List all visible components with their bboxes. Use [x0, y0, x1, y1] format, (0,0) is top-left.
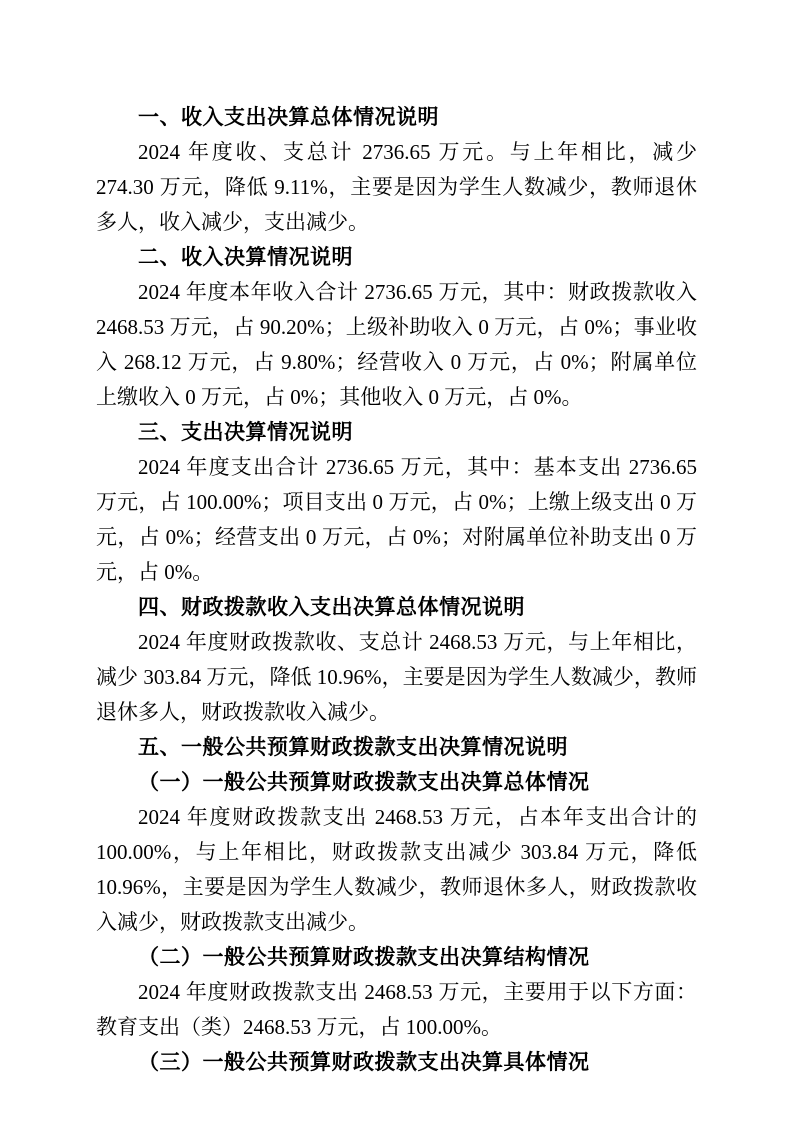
subsection-5-1-paragraph: 2024 年度财政拨款支出 2468.53 万元，占本年支出合计的 100.00…: [96, 800, 697, 940]
subsection-5-2-paragraph: 2024 年度财政拨款支出 2468.53 万元，主要用于以下方面：教育支出（类…: [96, 975, 697, 1045]
document-page: 一、收入支出决算总体情况说明 2024 年度收、支总计 2736.65 万元。与…: [0, 0, 793, 1122]
subsection-5-2-heading: （二）一般公共预算财政拨款支出决算结构情况: [96, 940, 697, 975]
subsection-5-3-heading: （三）一般公共预算财政拨款支出决算具体情况: [96, 1045, 697, 1080]
section-2-paragraph: 2024 年度本年收入合计 2736.65 万元，其中：财政拨款收入 2468.…: [96, 275, 697, 415]
section-1-heading: 一、收入支出决算总体情况说明: [96, 100, 697, 135]
subsection-5-1-heading: （一）一般公共预算财政拨款支出决算总体情况: [96, 765, 697, 800]
section-3-paragraph: 2024 年度支出合计 2736.65 万元，其中：基本支出 2736.65 万…: [96, 450, 697, 590]
section-2-heading: 二、收入决算情况说明: [96, 240, 697, 275]
section-4-paragraph: 2024 年度财政拨款收、支总计 2468.53 万元，与上年相比，减少 303…: [96, 625, 697, 730]
section-4-heading: 四、财政拨款收入支出决算总体情况说明: [96, 590, 697, 625]
section-1-paragraph: 2024 年度收、支总计 2736.65 万元。与上年相比，减少 274.30 …: [96, 135, 697, 240]
section-5-heading: 五、一般公共预算财政拨款支出决算情况说明: [96, 730, 697, 765]
document-content: 一、收入支出决算总体情况说明 2024 年度收、支总计 2736.65 万元。与…: [96, 100, 697, 1080]
section-3-heading: 三、支出决算情况说明: [96, 415, 697, 450]
